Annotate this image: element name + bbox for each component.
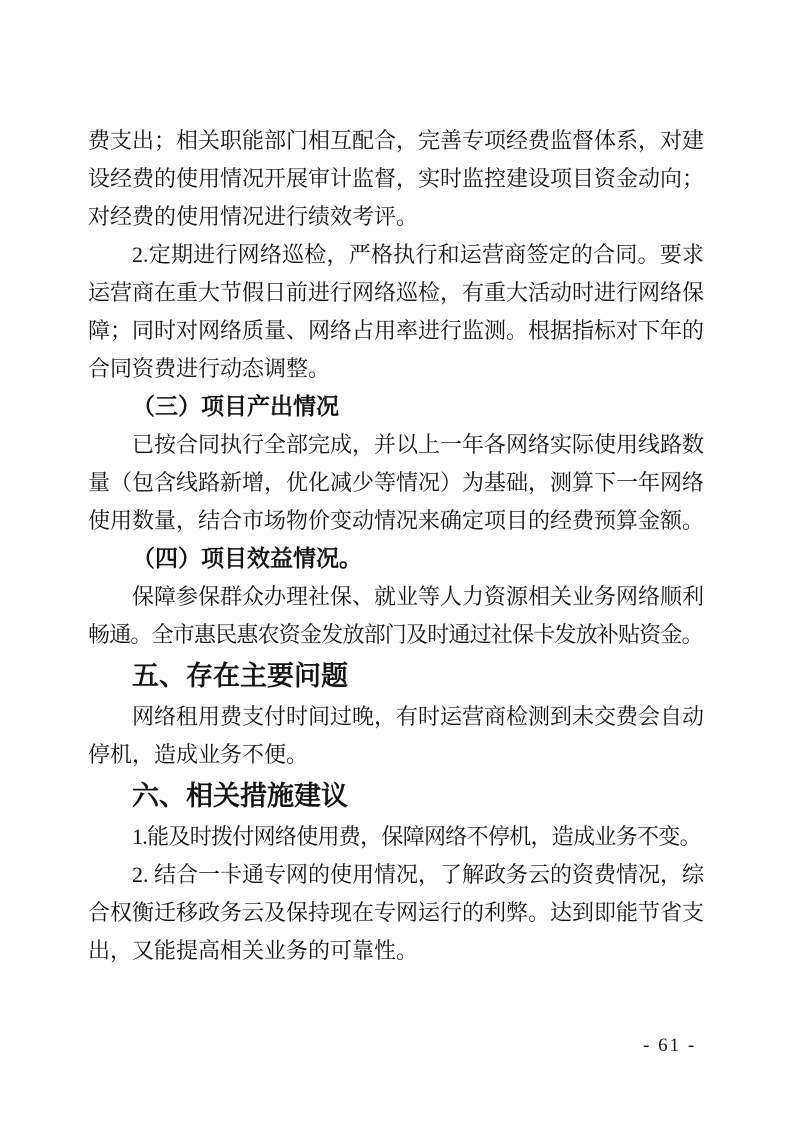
text-line: 已按合同执行全部完成，并以上一年各网络实际使用线路数 (88, 426, 704, 464)
section-heading-project-output: （三）项目产出情况 (88, 388, 704, 426)
document-page: 费支出；相关职能部门相互配合，完善专项经费监督体系，对建 设经费的使用情况开展审… (0, 0, 793, 1122)
text-line: 费支出；相关职能部门相互配合，完善专项经费监督体系，对建 (88, 122, 704, 160)
section-heading-project-benefit: （四）项目效益情况。 (88, 540, 704, 578)
page-number: - 61 - (643, 1035, 696, 1057)
text-line: 2. 结合一卡通专网的使用情况，了解政务云的资费情况，综 (88, 856, 704, 894)
document-body: 费支出；相关职能部门相互配合，完善专项经费监督体系，对建 设经费的使用情况开展审… (88, 122, 704, 970)
text-line: 2.定期进行网络巡检，严格执行和运营商签定的合同。要求 (88, 236, 704, 274)
text-line: 设经费的使用情况开展审计监督，实时监控建设项目资金动向； (88, 160, 704, 198)
text-line: 出，又能提高相关业务的可靠性。 (88, 932, 704, 970)
section-heading-main-problems: 五、存在主要问题 (88, 654, 704, 698)
text-line: 运营商在重大节假日前进行网络巡检，有重大活动时进行网络保 (88, 274, 704, 312)
text-line: 停机，造成业务不便。 (88, 736, 704, 774)
section-heading-suggestions: 六、相关措施建议 (88, 774, 704, 818)
text-line: 合同资费进行动态调整。 (88, 350, 704, 388)
text-line: 量（包含线路新增，优化减少等情况）为基础，测算下一年网络 (88, 464, 704, 502)
text-line: 使用数量，结合市场物价变动情况来确定项目的经费预算金额。 (88, 502, 704, 540)
text-line: 障；同时对网络质量、网络占用率进行监测。根据指标对下年的 (88, 312, 704, 350)
text-line: 1.能及时拨付网络使用费，保障网络不停机，造成业务不变。 (88, 818, 704, 856)
page-footer: - 61 - (0, 1035, 793, 1065)
text-line: 畅通。全市惠民惠农资金发放部门及时通过社保卡发放补贴资金。 (88, 616, 704, 654)
text-line: 对经费的使用情况进行绩效考评。 (88, 198, 704, 236)
text-line: 合权衡迁移政务云及保持现在专网运行的利弊。达到即能节省支 (88, 894, 704, 932)
text-line: 网络租用费支付时间过晚，有时运营商检测到未交费会自动 (88, 698, 704, 736)
text-line: 保障参保群众办理社保、就业等人力资源相关业务网络顺利 (88, 578, 704, 616)
